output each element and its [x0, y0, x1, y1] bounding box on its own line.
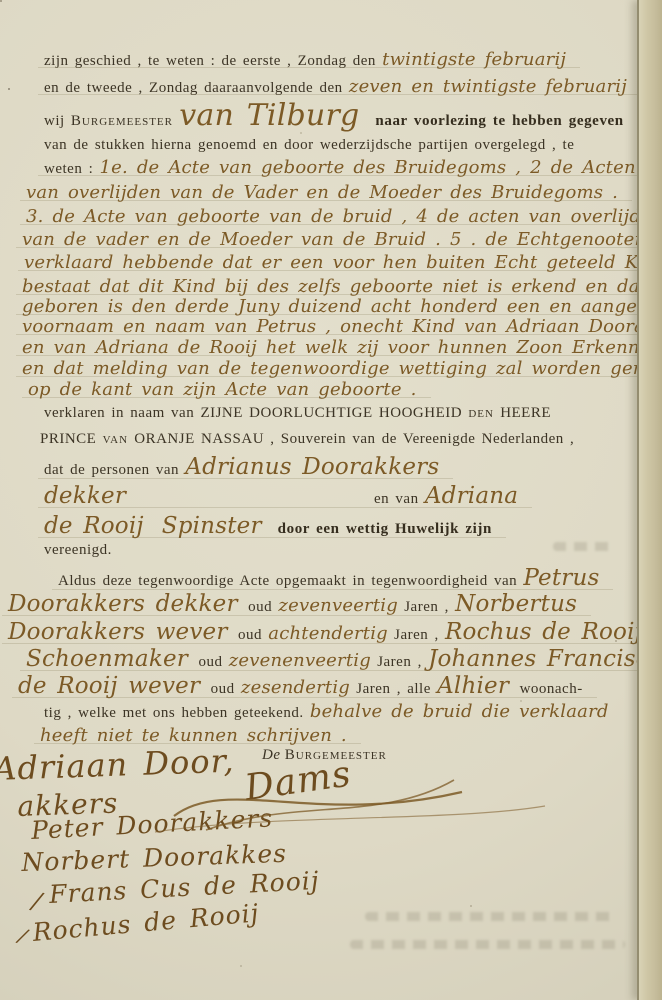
page-binding-edge	[637, 0, 662, 1000]
signature: /	[30, 887, 45, 916]
ink-bleedthrough	[350, 940, 625, 949]
scanned-document-page: zijn geschied , te weten : de eerste , Z…	[0, 0, 662, 1000]
signature-block: Adriaan Door,akkersDamsPeter DoorakkersN…	[0, 0, 662, 1000]
signature: Adriaan Door,	[0, 742, 235, 788]
signature: Dams	[242, 754, 354, 809]
ink-bleedthrough	[365, 912, 615, 921]
signature: /	[16, 923, 31, 948]
paper-specks	[0, 0, 2, 2]
ink-bleedthrough	[553, 542, 611, 551]
